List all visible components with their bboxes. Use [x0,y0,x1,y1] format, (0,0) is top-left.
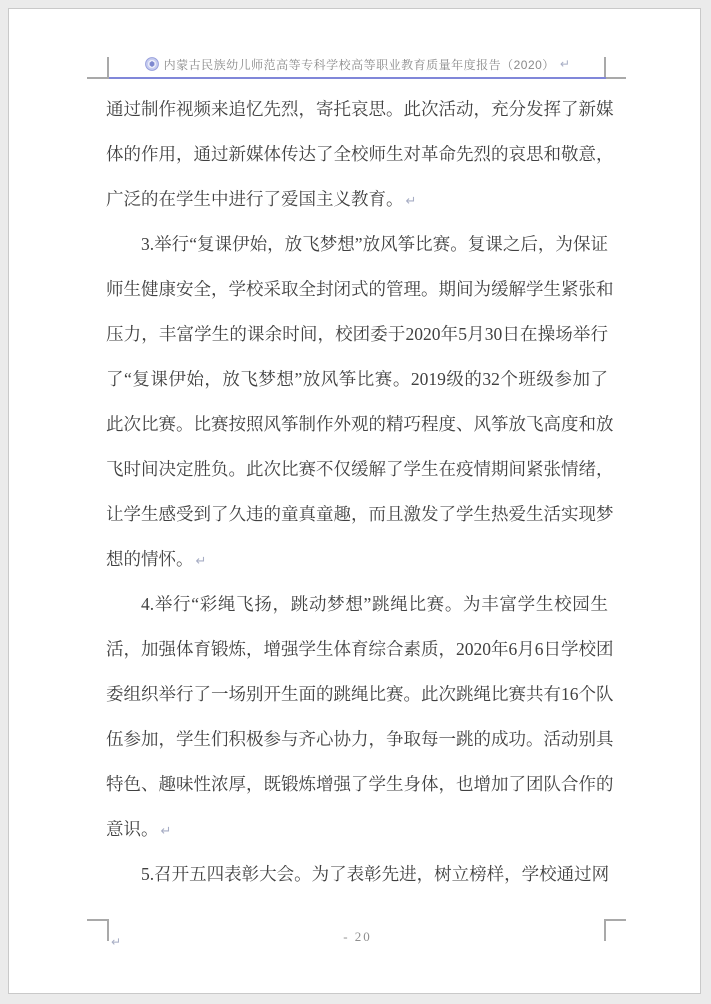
text-line: 飞时间决定胜负。此次比赛不仅缓解了学生在疫情期间紧张情绪， [106,447,608,492]
text-boundary-corner-top-right-icon [604,57,626,79]
paragraph-mark-icon: ↵ [161,824,172,839]
text-line: 了“复课伊始，放飞梦想”放风筝比赛。2019级的32个班级参加了 [106,357,608,402]
text-line: 广泛的在学生中进行了爱国主义教育。↵ [106,177,608,222]
header-underline [109,77,606,79]
text-line: 师生健康安全，学校采取全封闭式的管理。期间为缓解学生紧张和 [106,267,608,312]
desktop-background: { "header": { "logo_icon": "school-emble… [0,0,711,1004]
document-text-area[interactable]: 通过制作视频来追忆先烈，寄托哀思。此次活动，充分发挥了新媒体的作用，通过新媒体传… [106,87,608,897]
document-page: 内蒙古民族幼儿师范高等专科学校高等职业教育质量年度报告（2020） ↵ 通过制作… [8,8,701,994]
text-line: 让学生感受到了久违的童真童趣，而且激发了学生热爱生活实现梦 [106,492,608,537]
paragraph-mark-icon: ↵ [196,554,207,569]
text-boundary-corner-top-left-icon [87,57,109,79]
text-boundary-corner-bottom-left-icon [87,919,109,941]
text-line: 体的作用，通过新媒体传达了全校师生对革命先烈的哀思和敬意， [106,132,608,177]
text-line: 活，加强体育锻炼，增强学生体育综合素质，2020年6月6日学校团 [106,627,608,672]
text-boundary-corner-bottom-right-icon [604,919,626,941]
text-line: 想的情怀。↵ [106,537,608,582]
header-title: 内蒙古民族幼儿师范高等专科学校高等职业教育质量年度报告（2020） [164,56,555,73]
text-line: 特色、趣味性浓厚，既锻炼增强了学生身体，也增加了团队合作的 [106,762,608,807]
text-line: 5.召开五四表彰大会。为了表彰先进，树立榜样，学校通过网 [106,852,608,897]
text-line: 委组织举行了一场别开生面的跳绳比赛。此次跳绳比赛共有16个队 [106,672,608,717]
text-line: 4.举行“彩绳飞扬，跳动梦想”跳绳比赛。为丰富学生校园生 [106,582,608,627]
text-line: 压力，丰富学生的课余时间，校团委于2020年5月30日在操场举行 [106,312,608,357]
paragraph-mark-icon: ↵ [560,57,571,71]
text-line: 通过制作视频来追忆先烈，寄托哀思。此次活动，充分发挥了新媒 [106,87,608,132]
page-header: 内蒙古民族幼儿师范高等专科学校高等职业教育质量年度报告（2020） ↵ [109,53,606,75]
text-line: 伍参加，学生们积极参与齐心协力，争取每一跳的成功。活动别具 [106,717,608,762]
page-number: - 20 [109,927,606,947]
paragraph-mark-icon: ↵ [406,194,417,209]
school-emblem-icon [145,57,159,71]
text-line: 意识。↵ [106,807,608,852]
text-line: 此次比赛。比赛按照风筝制作外观的精巧程度、风筝放飞高度和放 [106,402,608,447]
text-line: 3.举行“复课伊始，放飞梦想”放风筝比赛。复课之后，为保证 [106,222,608,267]
